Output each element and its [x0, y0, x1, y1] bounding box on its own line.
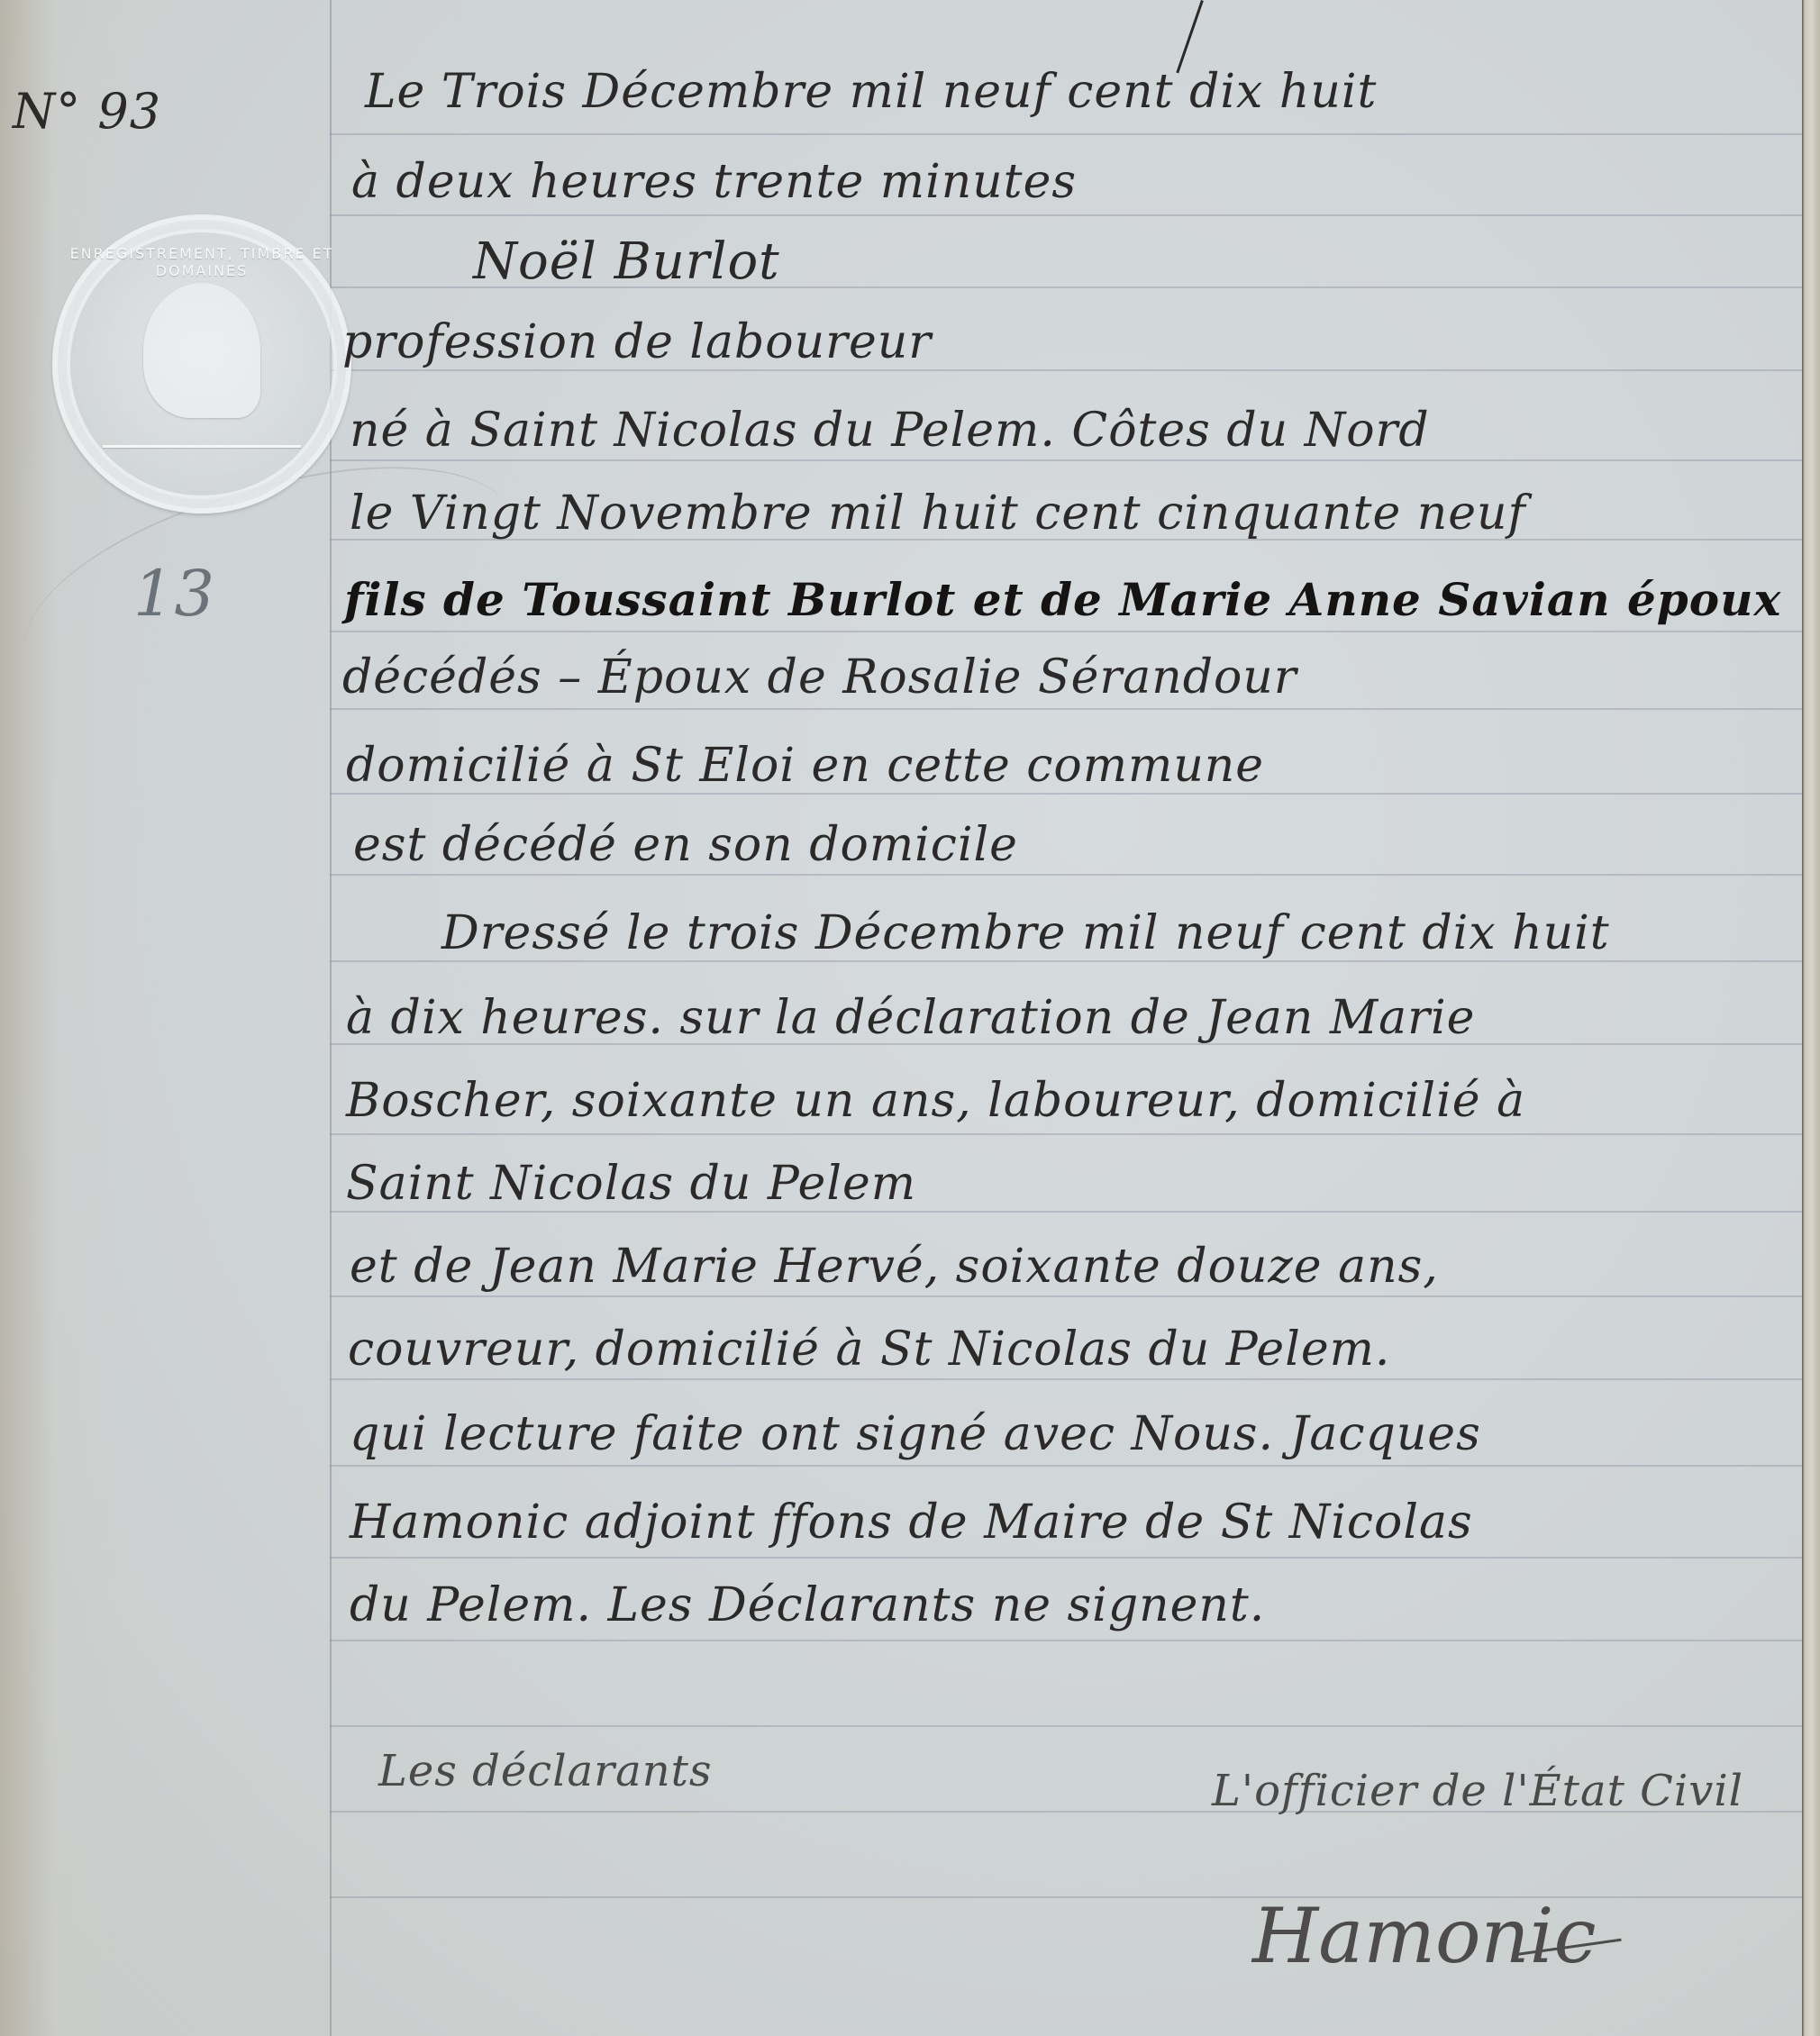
ruled-line — [330, 369, 1802, 371]
embossed-tax-seal-icon: ENREGISTREMENT, TIMBRE ET DOMAINES — [52, 214, 351, 514]
record-line-closing: du Pelem. Les Déclarants ne signent. — [350, 1578, 1265, 1632]
pencil-page-number: 13 — [133, 557, 215, 631]
record-line-residence: domicilié à St Eloi en cette commune — [346, 739, 1264, 793]
ruled-line — [330, 1295, 1802, 1297]
page-edge-border — [1802, 0, 1820, 2036]
record-line-place-of-death: est décédé en son domicile — [353, 818, 1018, 872]
ruled-line — [330, 708, 1802, 710]
ruled-line — [330, 459, 1802, 461]
ruled-line — [330, 793, 1802, 795]
record-line-drawn-up-date: Dressé le trois Décembre mil neuf cent d… — [441, 906, 1610, 960]
ruled-line — [330, 874, 1802, 876]
record-line-declaration: à dix heures. sur la déclaration de Jean… — [346, 991, 1475, 1045]
seal-figure-icon — [143, 283, 260, 418]
officer-signature: Hamonic — [1252, 1892, 1597, 1980]
ruled-line — [330, 1557, 1802, 1559]
record-line-time: à deux heures trente minutes — [351, 155, 1077, 209]
record-line-declarant-1: Boscher, soixante un ans, laboureur, dom… — [346, 1074, 1525, 1128]
record-line-declarant-1-residence: Saint Nicolas du Pelem — [346, 1157, 916, 1211]
seal-text: ENREGISTREMENT, TIMBRE ET DOMAINES — [58, 245, 346, 279]
ruled-line — [330, 960, 1802, 962]
record-line-reading: qui lecture faite ont signé avec Nous. J… — [350, 1407, 1481, 1461]
officer-label: L'officier de l'État Civil — [1212, 1766, 1743, 1816]
record-line-birthplace: né à Saint Nicolas du Pelem. Côtes du No… — [350, 404, 1430, 458]
record-line-parents: fils de Toussaint Burlot et de Marie Ann… — [344, 573, 1781, 626]
record-line-deceased-name: Noël Burlot — [473, 232, 780, 291]
register-page: N° 93 ENREGISTREMENT, TIMBRE ET DOMAINES… — [0, 0, 1820, 2036]
record-line-date: Le Trois Décembre mil neuf cent dix huit — [365, 65, 1377, 119]
ruled-line — [330, 1378, 1802, 1380]
ruled-line — [330, 631, 1802, 632]
record-line-declarant-2-residence: couvreur, domicilié à St Nicolas du Pele… — [348, 1322, 1390, 1377]
ruled-line — [330, 214, 1802, 216]
record-line-profession: profession de laboureur — [342, 315, 932, 369]
seal-base-line — [103, 445, 301, 448]
record-line-declarant-2: et de Jean Marie Hervé, soixante douze a… — [350, 1240, 1439, 1294]
ink-stroke — [1176, 0, 1204, 73]
record-line-officer: Hamonic adjoint ffons de Maire de St Nic… — [350, 1495, 1473, 1550]
ruled-line — [330, 1465, 1802, 1467]
ruled-line — [330, 1211, 1802, 1213]
record-line-spouse: décédés – Époux de Rosalie Sérandour — [342, 650, 1297, 704]
ruled-line — [330, 133, 1802, 135]
ruled-line — [330, 1640, 1802, 1641]
entry-number: N° 93 — [13, 83, 161, 140]
ruled-line — [330, 1725, 1802, 1727]
ruled-line — [330, 1133, 1802, 1135]
declarants-label: Les déclarants — [378, 1746, 713, 1796]
record-line-birthdate: le Vingt Novembre mil huit cent cinquant… — [350, 486, 1526, 541]
